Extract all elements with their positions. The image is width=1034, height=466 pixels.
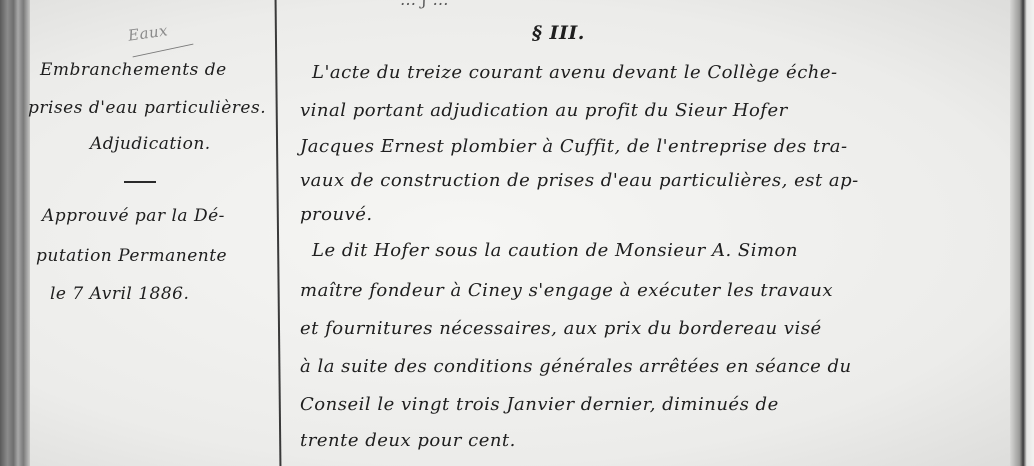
pencil-underline [133,44,194,58]
margin-approval-line-1: Approuvé par la Dé- [42,206,225,226]
body-line-1: L'acte du treize courant avenu devant le… [312,62,838,83]
body-line-8: et fournitures nécessaires, aux prix du … [300,318,822,339]
section-heading: § III. [532,22,585,44]
margin-separator [124,181,156,183]
margin-heading-line-2: prises d'eau particulières. [28,98,266,118]
body-line-5: prouvé. [300,204,373,225]
body-line-7: maître fondeur à Ciney s'engage à exécut… [300,280,833,301]
body-line-2: vinal portant adjudication au profit du … [300,100,788,121]
pencil-annotation: Eaux [127,21,169,44]
body-line-9: à la suite des conditions générales arrê… [300,356,852,377]
body-line-11: trente deux pour cent. [300,430,516,451]
margin-rule-line [275,0,282,466]
margin-approval-line-2: putation Permanente [36,246,227,266]
margin-heading-line-3: Adjudication. [90,134,211,154]
page-right-edge [1010,0,1034,466]
top-cut-off-line: … ʃ … [400,0,449,9]
margin-approval-line-3: le 7 Avril 1886. [50,284,189,304]
body-line-4: vaux de construction de prises d'eau par… [300,170,859,191]
manuscript-page: … ʃ … Eaux Embranchements de prises d'ea… [0,0,1034,466]
body-line-10: Conseil le vingt trois Janvier dernier, … [300,394,779,415]
book-binding-gutter [0,0,30,466]
margin-heading-line-1: Embranchements de [40,60,227,80]
body-line-3: Jacques Ernest plombier à Cuffit, de l'e… [300,136,848,157]
body-line-6: Le dit Hofer sous la caution de Monsieur… [312,240,798,261]
